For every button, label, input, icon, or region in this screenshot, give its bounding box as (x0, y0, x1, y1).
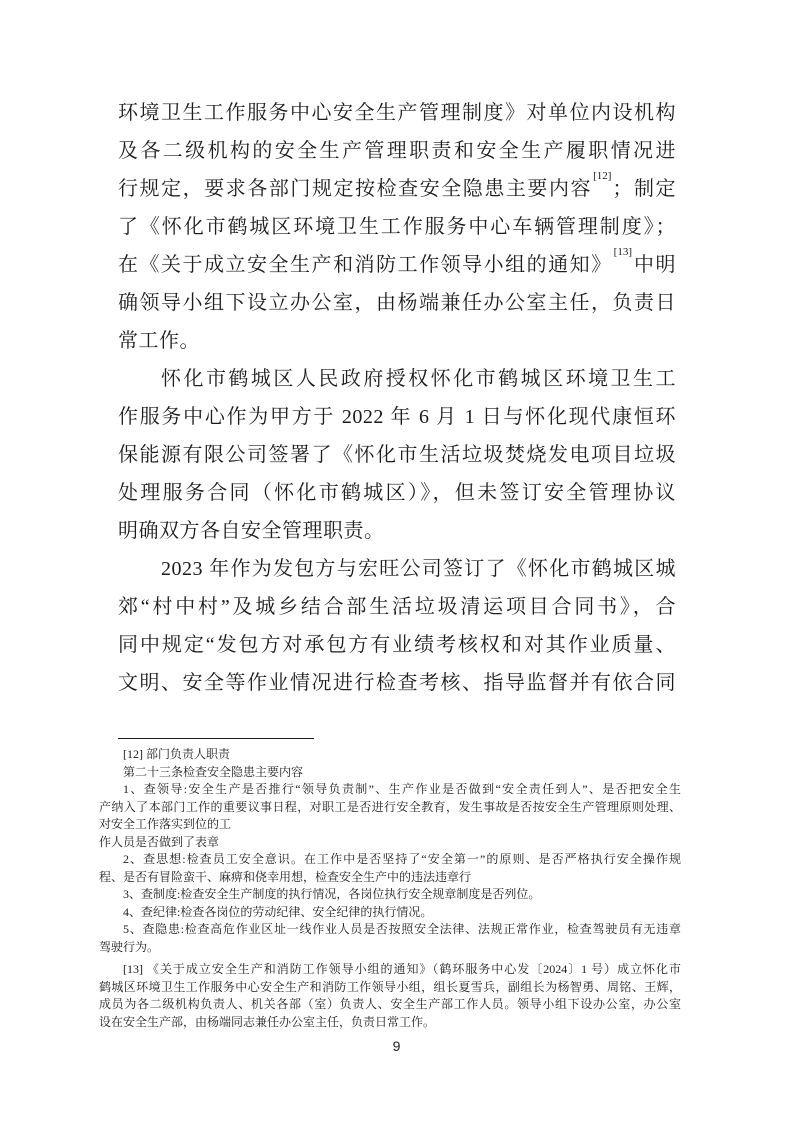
document-page: 环境卫生工作服务中心安全生产管理制度》对单位内设机构及各二级机构的安全生产管理职… (0, 0, 793, 1122)
footnote-13: [13] 《关于成立安全生产和消防工作领导小组的通知》（鹤环服务中心发〔2024… (99, 961, 681, 1031)
body-line: 明确双方各自安全管理职责。 (118, 512, 676, 550)
page-number: 9 (0, 1038, 793, 1054)
footnote-line: 产纳入了本部门工作的重要议事日程，对职工是否进行安全教育，发生事故是否按安全生产… (99, 799, 681, 817)
body-line: 作服务中心作为甲方于 2022 年 6 月 1 日与怀化现代康恒环 (118, 398, 676, 436)
footnote-line: 1、查领导:安全生产是否推行“领导负责制”、生产作业是否做到“安全责任到人”、是… (99, 781, 681, 799)
body-line: 怀化市鹤城区人民政府授权怀化市鹤城区环境卫生工 (118, 360, 676, 398)
body-line: 及各二级机构的安全生产管理职责和安全生产履职情况进 (118, 132, 676, 170)
body-line: 行规定，要求各部门规定按检查安全隐患主要内容[12]；制定 (118, 170, 676, 208)
footnote-line: 第二十三条检查安全隐患主要内容 (99, 764, 681, 782)
body-line-text: 中明 (633, 254, 676, 276)
footnote-separator (118, 738, 314, 739)
body-line: 了《怀化市鹤城区环境卫生工作服务中心车辆管理制度》； (118, 208, 676, 246)
footnote-12: [12] 部门负责人职责第二十三条检查安全隐患主要内容1、查领导:安全生产是否推… (99, 746, 681, 956)
body-line: 保能源有限公司签署了《怀化市生活垃圾焚烧发电项目垃圾 (118, 436, 676, 474)
footnote-line: [12] 部门负责人职责 (99, 746, 681, 764)
footnote-line: 3、查制度:检查安全生产制度的执行情况，各岗位执行安全规章制度是否列位。 (99, 886, 681, 904)
footnote-line: 2、查思想:检查员工安全意识。在工作中是否坚持了“安全第一”的原则、是否严格执行… (99, 851, 681, 869)
footnote-line: 4、查纪律:检查各岗位的劳动纪律、安全纪律的执行情况。 (99, 904, 681, 922)
footnote-reference[interactable]: [13] (613, 246, 633, 258)
body-line-text: 行规定，要求各部门规定按检查安全隐患主要内容 (118, 178, 592, 200)
body-line: 同中规定“发包方对承包方有业绩考核权和对其作业质量、 (118, 626, 676, 664)
body-line: 环境卫生工作服务中心安全生产管理制度》对单位内设机构 (118, 94, 676, 132)
body-line-text: 在《关于成立安全生产和消防工作领导小组的通知》 (118, 254, 613, 276)
footnote-line: 设在安全生产部，由杨端同志兼任办公室主任，负责日常工作。 (99, 1014, 681, 1032)
body-text-block[interactable]: 环境卫生工作服务中心安全生产管理制度》对单位内设机构及各二级机构的安全生产管理职… (118, 94, 676, 702)
body-line: 处理服务合同（怀化市鹤城区）》，但未签订安全管理协议 (118, 474, 676, 512)
body-line-text: ；制定 (612, 178, 676, 200)
footnote-line: 作人员是否做到了表章 (99, 834, 681, 852)
footnote-line: 成员为各二级机构负责人、机关各部（室）负责人、安全生产部工作人员。领导小组下设办… (99, 996, 681, 1014)
body-line: 确领导小组下设立办公室，由杨端兼任办公室主任，负责日 (118, 284, 676, 322)
footnotes-block[interactable]: [12] 部门负责人职责第二十三条检查安全隐患主要内容1、查领导:安全生产是否推… (99, 746, 681, 1031)
footnote-line: 程、是否有冒险蛮干、麻痹和侥幸用想，检查安全生产中的违法违章行 (99, 869, 681, 887)
footnote-reference[interactable]: [12] (592, 170, 612, 182)
body-line: 文明、安全等作业情况进行检查考核、指导监督并有依合同 (118, 664, 676, 702)
footnote-line: 鹤城区环境卫生工作服务中心安全生产和消防工作领导小组，组长夏雪兵，副组长为杨智勇… (99, 979, 681, 997)
body-line: 常工作。 (118, 322, 676, 360)
footnote-line: [13] 《关于成立安全生产和消防工作领导小组的通知》（鹤环服务中心发〔2024… (99, 961, 681, 979)
body-line: 在《关于成立安全生产和消防工作领导小组的通知》[13]中明 (118, 246, 676, 284)
footnote-line: 对安全工作落实到位的工 (99, 816, 681, 834)
footnote-line: 驾驶行为。 (99, 939, 681, 957)
body-line: 郊“村中村”及城乡结合部生活垃圾清运项目合同书》，合 (118, 588, 676, 626)
footnote-line: 5、查隐患:检查高危作业区址一线作业人员是否按照安全法律、法规正常作业，检查驾驶… (99, 921, 681, 939)
body-line: 2023 年作为发包方与宏旺公司签订了《怀化市鹤城区城 (118, 550, 676, 588)
